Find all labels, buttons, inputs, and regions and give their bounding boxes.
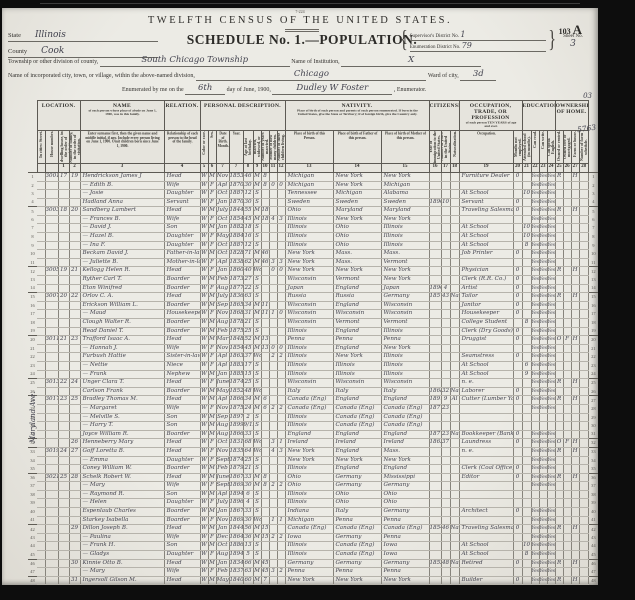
cell-months_not_employed bbox=[513, 413, 522, 422]
cell-years_married bbox=[261, 508, 269, 517]
cell-street bbox=[37, 499, 45, 508]
cell-free_mortgaged bbox=[563, 267, 571, 276]
cell-birth_year: 1868 bbox=[229, 310, 243, 319]
column-number: 8 bbox=[243, 163, 253, 172]
cell-farm_or_house bbox=[571, 404, 579, 413]
left-brace: { bbox=[400, 28, 408, 55]
group-header-education: EDUCATION. bbox=[522, 101, 555, 131]
ward-value: 3d bbox=[473, 69, 484, 79]
cell-owned_rented bbox=[555, 542, 563, 551]
cell-free_mortgaged bbox=[563, 293, 571, 302]
margin-corner bbox=[28, 101, 37, 173]
cell-relation: Head bbox=[164, 525, 200, 534]
cell-sex: F bbox=[208, 215, 216, 224]
cell-can_write: Yes bbox=[539, 344, 547, 353]
cell-occupation: At School bbox=[459, 542, 513, 551]
cell-occupation bbox=[459, 422, 513, 431]
cell-speaks_english: Yes bbox=[547, 542, 555, 551]
cell-birth_month: Apl bbox=[216, 396, 229, 405]
cell-owned_rented: R bbox=[555, 207, 563, 216]
column-label: Year of immigration to the United States… bbox=[429, 131, 441, 163]
cell-years_in_us: 32 bbox=[441, 387, 450, 396]
cell-street bbox=[37, 387, 45, 396]
cell-mother_of_children bbox=[269, 413, 277, 422]
cell-pob_mother: England bbox=[381, 396, 429, 405]
cell-years_married bbox=[261, 456, 269, 465]
vwrap: Number of years married. bbox=[262, 131, 269, 163]
cell-sex: M bbox=[208, 207, 216, 216]
cell-pob_mother: Penna bbox=[381, 516, 429, 525]
cell-speaks_english: Yes bbox=[547, 344, 555, 353]
cell-relation: Boarder bbox=[164, 319, 200, 328]
cell-pob_person: Illinois bbox=[285, 413, 333, 422]
cell-naturalization bbox=[450, 576, 459, 585]
cell-farm_or_house: H bbox=[571, 576, 579, 585]
cell-pob_father: England bbox=[333, 284, 381, 293]
cell-age: 34 bbox=[243, 301, 253, 310]
cell-relation: Head bbox=[164, 379, 200, 388]
cell-dwelling_number: 20 bbox=[58, 293, 69, 302]
cell-birth_year: 1860 bbox=[229, 267, 243, 276]
column-label: Color or race. bbox=[202, 131, 206, 155]
cell-can_write: Yes bbox=[539, 482, 547, 491]
cell-years_married bbox=[261, 198, 269, 207]
column-number: 23 bbox=[539, 163, 547, 172]
enumeration-line: Enumeration District No. 79 bbox=[410, 41, 547, 52]
cell-naturalization bbox=[450, 353, 459, 362]
cell-free_mortgaged bbox=[563, 508, 571, 517]
cell-birth_year: 1886 bbox=[229, 542, 243, 551]
cell-house_number: 3007 bbox=[45, 293, 58, 302]
cell-free_mortgaged bbox=[563, 465, 571, 474]
cell-pob_mother: Iowa bbox=[381, 551, 429, 560]
column-label: Number of farm schedule. bbox=[580, 131, 588, 163]
cell-family_number: 27 bbox=[69, 447, 80, 456]
cell-family_number bbox=[69, 310, 80, 319]
cell-free_mortgaged bbox=[563, 353, 571, 362]
cell-mother_of_children bbox=[269, 319, 277, 328]
cell-name: — Nettie bbox=[80, 361, 164, 370]
cell-naturalization bbox=[450, 370, 459, 379]
cell-dwelling_number bbox=[58, 551, 69, 560]
cell-years_married: 8 bbox=[261, 181, 269, 190]
cell-birth_month: Aug bbox=[216, 430, 229, 439]
cell-age: 33 bbox=[243, 508, 253, 517]
cell-marital: S bbox=[253, 430, 261, 439]
cell-age: 27 bbox=[243, 276, 253, 285]
cell-mother_of_children bbox=[269, 465, 277, 474]
cell-can_write: Yes bbox=[539, 327, 547, 336]
column-number: 13 bbox=[285, 163, 333, 172]
cell-street bbox=[37, 336, 45, 345]
cell-can_write bbox=[539, 422, 547, 431]
cell-age: 48 bbox=[243, 387, 253, 396]
cell-immigration_year bbox=[429, 576, 441, 585]
cell-occupation: Architect bbox=[459, 508, 513, 517]
cell-dwelling_number: 19 bbox=[58, 267, 69, 276]
group-note: Place of birth of each person and parent… bbox=[296, 109, 418, 116]
column-label: Place of birth of this Person. bbox=[288, 131, 330, 140]
column-label: Relationship of each person to the head … bbox=[166, 131, 198, 144]
cell-immigration_year bbox=[429, 190, 441, 199]
cell-occupation bbox=[459, 499, 513, 508]
cell-children_living bbox=[277, 413, 285, 422]
line-number-right: 10 bbox=[588, 250, 598, 259]
cell-street bbox=[37, 207, 45, 216]
cell-age: 30 bbox=[243, 516, 253, 525]
cell-pob_person: Illinois bbox=[285, 465, 333, 474]
cell-immigration_year: 1877 bbox=[429, 404, 441, 413]
cell-relation: Wife bbox=[164, 404, 200, 413]
cell-school_months bbox=[522, 250, 531, 259]
cell-house_number bbox=[45, 413, 58, 422]
cell-occupation: At School bbox=[459, 551, 513, 560]
cell-can_write: Yes bbox=[539, 370, 547, 379]
census-rows: 130011719Hendrickson James JHeadWMNov185… bbox=[28, 172, 598, 585]
cell-dwelling_number bbox=[58, 525, 69, 534]
cell-occupation bbox=[459, 413, 513, 422]
cell-months_not_employed bbox=[513, 370, 522, 379]
cell-birth_month: Jan bbox=[216, 525, 229, 534]
cell-sex: M bbox=[208, 430, 216, 439]
cell-birth_month: July bbox=[216, 499, 229, 508]
cell-school_months: 10 bbox=[522, 233, 531, 242]
cell-school_months bbox=[522, 439, 531, 448]
cell-owned_rented: R bbox=[555, 473, 563, 482]
cell-family_number bbox=[69, 301, 80, 310]
cell-birth_month: Jan bbox=[216, 198, 229, 207]
city-label: Name of incorporated city, town, or vill… bbox=[8, 73, 195, 79]
line-number-right: 26 bbox=[588, 387, 598, 396]
cell-school_months bbox=[522, 336, 531, 345]
cell-pob_father: Sweden bbox=[333, 198, 381, 207]
cell-years_in_us bbox=[441, 344, 450, 353]
cell-age: 15 bbox=[243, 370, 253, 379]
cell-house_number bbox=[45, 284, 58, 293]
cell-dwelling_number bbox=[58, 533, 69, 542]
cell-owned_rented bbox=[555, 215, 563, 224]
cell-dwelling_number bbox=[58, 542, 69, 551]
cell-school_months bbox=[522, 473, 531, 482]
cell-house_number bbox=[45, 525, 58, 534]
cell-owned_rented bbox=[555, 413, 563, 422]
cell-birth_year: 1883 bbox=[229, 361, 243, 370]
cell-birth_month: Jan bbox=[216, 559, 229, 568]
cell-family_number bbox=[69, 353, 80, 362]
cell-color_race: W bbox=[200, 293, 208, 302]
cell-relation: Servant bbox=[164, 198, 200, 207]
cell-children_living bbox=[277, 508, 285, 517]
cell-school_months bbox=[522, 172, 531, 181]
cell-months_not_employed: 0 bbox=[513, 293, 522, 302]
cell-name: Carlson Frank bbox=[80, 387, 164, 396]
cell-farm_schedule bbox=[579, 413, 588, 422]
cell-dwelling_number: 17 bbox=[58, 172, 69, 181]
cell-dwelling_number bbox=[58, 499, 69, 508]
cell-marital: S bbox=[253, 551, 261, 560]
cell-children_living bbox=[277, 172, 285, 181]
table-row: 530031820Sandberg LambertHeadWMJuly18445… bbox=[28, 207, 598, 216]
cell-pob_person: Sweden bbox=[285, 198, 333, 207]
cell-house_number bbox=[45, 233, 58, 242]
cell-family_number: 24 bbox=[69, 379, 80, 388]
cell-school_months bbox=[522, 568, 531, 577]
column-header-years_married: Number of years married. bbox=[261, 130, 269, 163]
cell-occupation: Clerk (Dry Goods) bbox=[459, 327, 513, 336]
cell-birth_month: Sep bbox=[216, 301, 229, 310]
cell-years_married: 45 bbox=[261, 559, 269, 568]
cell-sex: F bbox=[208, 181, 216, 190]
cell-age: 34 bbox=[243, 396, 253, 405]
cell-dwelling_number bbox=[58, 344, 69, 353]
cell-color_race: W bbox=[200, 215, 208, 224]
cell-immigration_year bbox=[429, 422, 441, 431]
cell-immigration_year: 1857 bbox=[429, 293, 441, 302]
cell-immigration_year: 1854 bbox=[429, 525, 441, 534]
cell-street bbox=[37, 267, 45, 276]
cell-can_read: Yes bbox=[531, 551, 539, 560]
cell-street bbox=[37, 542, 45, 551]
cell-years_in_us bbox=[441, 276, 450, 285]
cell-pob_mother: Illinois bbox=[381, 353, 429, 362]
cell-years_married bbox=[261, 327, 269, 336]
cell-immigration_year: 1868 bbox=[429, 387, 441, 396]
column-header-school_months: Attended school (in months). bbox=[522, 130, 531, 163]
cell-can_write: Yes bbox=[539, 172, 547, 181]
column-header-pob_father: Place of birth of Father of this person. bbox=[333, 130, 381, 163]
enumerated-pre: Enumerated by me on the bbox=[122, 87, 184, 93]
table-head: LOCATION.NAMEof each person whose place … bbox=[28, 101, 598, 173]
cell-farm_or_house bbox=[571, 370, 579, 379]
line-number-left: 15 bbox=[28, 293, 37, 302]
cell-can_read: Yes bbox=[531, 258, 539, 267]
line-number-left: 7 bbox=[28, 224, 37, 233]
cell-school_months bbox=[522, 396, 531, 405]
cell-relation: Son bbox=[164, 224, 200, 233]
cell-family_number: 31 bbox=[69, 576, 80, 585]
cell-speaks_english: Yes bbox=[547, 576, 555, 585]
cell-owned_rented: O bbox=[555, 439, 563, 448]
cell-family_number bbox=[69, 456, 80, 465]
cell-pob_father: Illinois bbox=[333, 361, 381, 370]
cell-speaks_english: Yes bbox=[547, 370, 555, 379]
column-header-family_number: Number of family, in the order of visita… bbox=[69, 130, 80, 163]
cell-pob_father: New York bbox=[333, 267, 381, 276]
cell-pob_person: Tennessee bbox=[285, 190, 333, 199]
cell-immigration_year bbox=[429, 379, 441, 388]
cell-name: — Raymond R. bbox=[80, 490, 164, 499]
cell-years_in_us bbox=[441, 499, 450, 508]
cell-children_living bbox=[277, 473, 285, 482]
cell-pob_father: Ohio bbox=[333, 241, 381, 250]
group-header-row: LOCATION.NAMEof each person whose place … bbox=[28, 101, 598, 131]
cell-birth_year: 1837 bbox=[229, 568, 243, 577]
column-number: 21 bbox=[522, 163, 531, 172]
cell-family_number bbox=[69, 465, 80, 474]
cell-school_months: 10 bbox=[522, 224, 531, 233]
cell-immigration_year: 1852 bbox=[429, 559, 441, 568]
cell-farm_or_house bbox=[571, 499, 579, 508]
cell-years_in_us bbox=[441, 301, 450, 310]
cell-occupation: At School bbox=[459, 233, 513, 242]
cell-sex: F bbox=[208, 353, 216, 362]
cell-naturalization bbox=[450, 327, 459, 336]
cell-school_months bbox=[522, 576, 531, 585]
cell-can_write: Yes bbox=[539, 241, 547, 250]
cell-color_race: W bbox=[200, 250, 208, 259]
cell-can_read: Yes bbox=[531, 439, 539, 448]
cell-marital: Wd bbox=[253, 267, 261, 276]
cell-years_married bbox=[261, 387, 269, 396]
cell-birth_year: 1899 bbox=[229, 422, 243, 431]
cell-years_married bbox=[261, 490, 269, 499]
cell-owned_rented bbox=[555, 284, 563, 293]
cell-immigration_year bbox=[429, 482, 441, 491]
table-row: 44— Frank H.SonWMOct188613SIllinoisCanad… bbox=[28, 542, 598, 551]
cell-years_married: 46 bbox=[261, 258, 269, 267]
cell-farm_or_house bbox=[571, 542, 579, 551]
line-number-left: 41 bbox=[28, 516, 37, 525]
cell-house_number bbox=[45, 241, 58, 250]
cell-naturalization bbox=[450, 190, 459, 199]
line-number-left: 9 bbox=[28, 241, 37, 250]
cell-children_living bbox=[277, 559, 285, 568]
cell-children_living bbox=[277, 379, 285, 388]
cell-free_mortgaged bbox=[563, 224, 571, 233]
cell-color_race: W bbox=[200, 456, 208, 465]
cell-name: — Maud bbox=[80, 310, 164, 319]
cell-occupation: At School bbox=[459, 361, 513, 370]
cell-free_mortgaged bbox=[563, 327, 571, 336]
vwrap: Mother of how many children. bbox=[270, 131, 277, 163]
cell-children_living bbox=[277, 233, 285, 242]
cell-name: — Paulina bbox=[80, 533, 164, 542]
cell-farm_or_house bbox=[571, 482, 579, 491]
column-header-farm_schedule: Number of farm schedule. bbox=[579, 130, 588, 163]
cell-sex: M bbox=[208, 525, 216, 534]
cell-school_months bbox=[522, 387, 531, 396]
cell-mother_of_children bbox=[269, 233, 277, 242]
line-number-left: 40 bbox=[28, 508, 37, 517]
cell-marital: M bbox=[253, 336, 261, 345]
table-row: 40Espenlaub CharlesBoarderWMJan186733SIn… bbox=[28, 508, 598, 517]
cell-name: Coney William W. bbox=[80, 465, 164, 474]
cell-street bbox=[37, 422, 45, 431]
cell-street bbox=[37, 482, 45, 491]
cell-years_in_us bbox=[441, 533, 450, 542]
cell-speaks_english: Yes bbox=[547, 439, 555, 448]
cell-free_mortgaged bbox=[563, 490, 571, 499]
ward-blank: 3d bbox=[460, 70, 496, 81]
cell-owned_rented bbox=[555, 430, 563, 439]
cell-house_number bbox=[45, 181, 58, 190]
cell-pob_mother: Illinois bbox=[381, 327, 429, 336]
column-header-owned_rented: Owned or rented. bbox=[555, 130, 563, 163]
cell-birth_month: Jan bbox=[216, 224, 229, 233]
cell-pob_person: England bbox=[285, 430, 333, 439]
vwrap: Sex. bbox=[209, 131, 216, 163]
cell-mother_of_children bbox=[269, 456, 277, 465]
column-label: Number of these children living. bbox=[277, 131, 285, 163]
cell-farm_or_house bbox=[571, 516, 579, 525]
cell-can_read: Yes bbox=[531, 241, 539, 250]
cell-years_married: 6 bbox=[261, 404, 269, 413]
cell-pob_mother: Illinois bbox=[381, 241, 429, 250]
cell-name: — Harry T. bbox=[80, 422, 164, 431]
cell-pob_person: Illinois bbox=[285, 422, 333, 431]
cell-name: Starkey Isabella bbox=[80, 516, 164, 525]
cell-mother_of_children: 0 bbox=[269, 267, 277, 276]
column-label: Number of years in the United States. bbox=[441, 131, 450, 163]
cell-school_months bbox=[522, 422, 531, 431]
cell-house_number bbox=[45, 533, 58, 542]
cell-years_in_us bbox=[441, 181, 450, 190]
cell-children_living bbox=[277, 293, 285, 302]
cell-months_not_employed: 0 bbox=[513, 387, 522, 396]
cell-mother_of_children bbox=[269, 551, 277, 560]
cell-pob_father: New York bbox=[333, 181, 381, 190]
line-number-right: 13 bbox=[588, 276, 598, 285]
cell-dwelling_number bbox=[58, 224, 69, 233]
cell-months_not_employed bbox=[513, 215, 522, 224]
cell-marital: S bbox=[253, 456, 261, 465]
cell-farm_or_house: H bbox=[571, 559, 579, 568]
column-number: 10 bbox=[261, 163, 269, 172]
cell-age: 71 bbox=[243, 250, 253, 259]
cell-street bbox=[37, 559, 45, 568]
cell-naturalization bbox=[450, 250, 459, 259]
cell-age: 60 bbox=[243, 576, 253, 585]
cell-sex: M bbox=[208, 250, 216, 259]
cell-pob_father: England bbox=[333, 344, 381, 353]
cell-relation: Head bbox=[164, 293, 200, 302]
cell-years_in_us: 46 bbox=[441, 525, 450, 534]
cell-street bbox=[37, 327, 45, 336]
cell-birth_year: 1853 bbox=[229, 172, 243, 181]
cell-marital: M bbox=[253, 404, 261, 413]
line-number-right: 16 bbox=[588, 301, 598, 310]
table-row: 4229Dillon Joseph B.HeadWMJan184456M15Ca… bbox=[28, 525, 598, 534]
cell-pob_person: Illinois bbox=[285, 233, 333, 242]
cell-street bbox=[37, 508, 45, 517]
cell-house_number: 3003 bbox=[45, 207, 58, 216]
column-header-can_write: Can write. bbox=[539, 130, 547, 163]
cell-name: — Edith B. bbox=[80, 181, 164, 190]
cell-house_number bbox=[45, 482, 58, 491]
cell-relation: Head bbox=[164, 447, 200, 456]
line-number-right: 30 bbox=[588, 422, 598, 431]
cell-immigration_year: 1891 bbox=[429, 396, 441, 405]
cell-immigration_year bbox=[429, 250, 441, 259]
column-label: Attended school (in months). bbox=[523, 131, 531, 163]
table-row: 41Starkey IsabellaBoarderWFNov186930Wd11… bbox=[28, 516, 598, 525]
cell-age: 62 bbox=[243, 258, 253, 267]
cell-pob_father: Canada (Eng) bbox=[333, 413, 381, 422]
cell-color_race: W bbox=[200, 533, 208, 542]
line-number-left: 11 bbox=[28, 258, 37, 267]
sheet-block: Sheet No. 3 bbox=[556, 34, 590, 49]
cell-free_mortgaged bbox=[563, 301, 571, 310]
township-blank: South Chicago Township bbox=[100, 56, 290, 67]
cell-years_in_us bbox=[441, 473, 450, 482]
cell-farm_schedule bbox=[579, 490, 588, 499]
cell-street bbox=[37, 516, 45, 525]
cell-farm_schedule bbox=[579, 379, 588, 388]
cell-sex: F bbox=[208, 310, 216, 319]
cell-birth_year: 1874 bbox=[229, 379, 243, 388]
cell-school_months bbox=[522, 301, 531, 310]
cell-dwelling_number bbox=[58, 181, 69, 190]
